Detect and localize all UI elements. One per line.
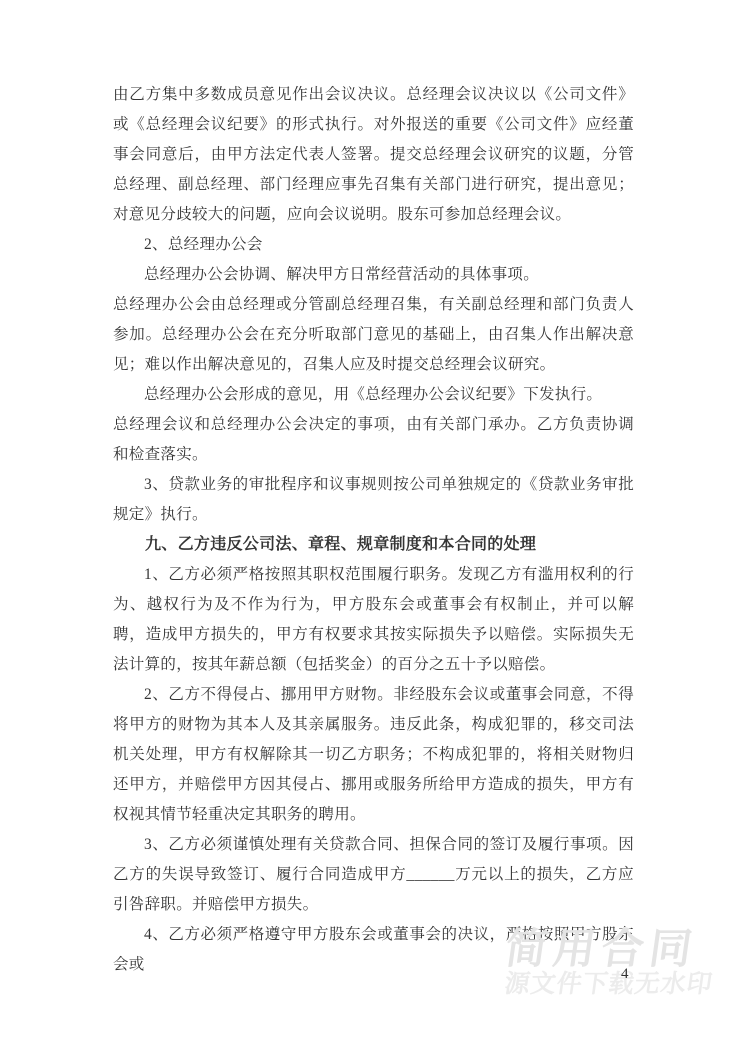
contract-subheading-2: 2、总经理办公会: [113, 230, 634, 260]
contract-paragraph: 总经理办公会由总经理或分管副总经理召集，有关副总经理和部门负责人参加。总经理办公…: [113, 290, 634, 380]
contract-paragraph: 总经理会议和总经理办公会决定的事项，由有关部门承办。乙方负责协调和检查落实。: [113, 410, 634, 470]
section-9-heading: 九、乙方违反公司法、章程、规章制度和本合同的处理: [113, 530, 634, 560]
contract-clause-3: 3、乙方必须谨慎处理有关贷款合同、担保合同的签订及履行事项。因乙方的失误导致签订…: [113, 830, 634, 920]
watermark-tagline-text: 源文件下载无水印: [502, 964, 715, 1000]
contract-paragraph: 总经理办公会协调、解决甲方日常经营活动的具体事项。: [113, 260, 634, 290]
contract-paragraph: 总经理办公会形成的意见，用《总经理办公会议纪要》下发执行。: [113, 380, 634, 410]
contract-clause-2: 2、乙方不得侵占、挪用甲方财物。非经股东会议或董事会同意，不得将甲方的财物为其本…: [113, 680, 634, 830]
contract-paragraph: 3、贷款业务的审批程序和议事规则按公司单独规定的《贷款业务审批规定》执行。: [113, 470, 634, 530]
contract-clause-1: 1、乙方必须严格按照其职权范围履行职务。发现乙方有滥用权利的行为、越权行为及不作…: [113, 560, 634, 680]
page-number: 4: [621, 966, 629, 983]
contract-paragraph: 由乙方集中多数成员意见作出会议决议。总经理会议决议以《公司文件》或《总经理会议纪…: [113, 80, 634, 230]
document-page: 由乙方集中多数成员意见作出会议决议。总经理会议决议以《公司文件》或《总经理会议纪…: [0, 0, 742, 1049]
contract-body: 由乙方集中多数成员意见作出会议决议。总经理会议决议以《公司文件》或《总经理会议纪…: [113, 80, 634, 980]
